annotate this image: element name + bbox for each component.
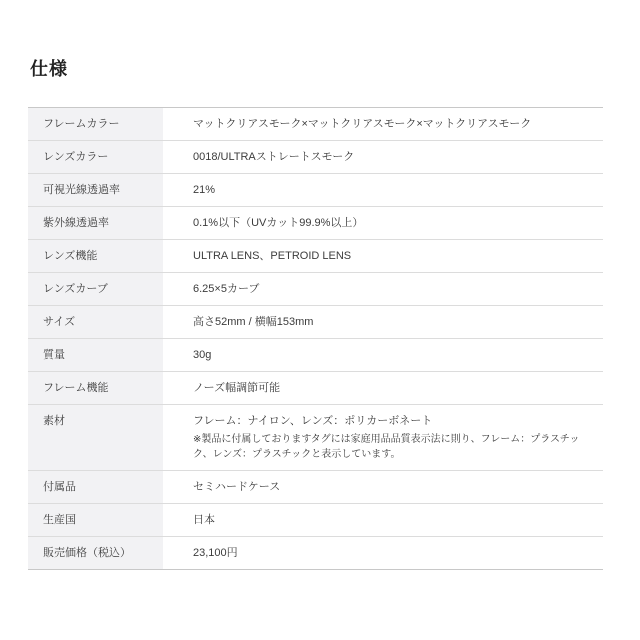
page-title: 仕様 (30, 58, 606, 81)
spec-label: 販売価格（税込） (28, 537, 163, 569)
spec-row: 付属品 セミハードケース (28, 470, 603, 503)
spec-value: 23,100円 (163, 537, 603, 569)
spec-value-text: 30g (193, 347, 595, 363)
spec-label: 生産国 (28, 504, 163, 536)
spec-value: ULTRA LENS、PETROID LENS (163, 240, 603, 272)
spec-value-text: 21% (193, 182, 595, 198)
spec-row: レンズ機能 ULTRA LENS、PETROID LENS (28, 239, 603, 272)
spec-value: 30g (163, 339, 603, 371)
spec-value: 0.1%以下（UVカット99.9%以上） (163, 207, 603, 239)
spec-value-text: 23,100円 (193, 545, 595, 561)
spec-table: フレームカラー マットクリアスモーク×マットクリアスモーク×マットクリアスモーク… (28, 107, 603, 570)
spec-row: 販売価格（税込） 23,100円 (28, 536, 603, 569)
spec-value: マットクリアスモーク×マットクリアスモーク×マットクリアスモーク (163, 108, 603, 140)
spec-value: 日本 (163, 504, 603, 536)
spec-row: 可視光線透過率 21% (28, 173, 603, 206)
spec-value-text: 0018/ULTRAストレートスモーク (193, 149, 595, 165)
spec-label: 質量 (28, 339, 163, 371)
spec-value-text: マットクリアスモーク×マットクリアスモーク×マットクリアスモーク (193, 116, 595, 132)
spec-label: サイズ (28, 306, 163, 338)
spec-label: 可視光線透過率 (28, 174, 163, 206)
spec-row: サイズ 高さ52mm / 横幅153mm (28, 305, 603, 338)
spec-value: ノーズ幅調節可能 (163, 372, 603, 404)
spec-row: レンズカーブ 6.25×5カーブ (28, 272, 603, 305)
spec-row: 質量 30g (28, 338, 603, 371)
spec-label: 付属品 (28, 471, 163, 503)
spec-value-text: 0.1%以下（UVカット99.9%以上） (193, 215, 595, 231)
spec-value-text: 6.25×5カーブ (193, 281, 595, 297)
spec-label: フレームカラー (28, 108, 163, 140)
spec-label: レンズカラー (28, 141, 163, 173)
spec-section: 仕様 フレームカラー マットクリアスモーク×マットクリアスモーク×マットクリアス… (28, 58, 606, 570)
spec-label: フレーム機能 (28, 372, 163, 404)
spec-row: レンズカラー 0018/ULTRAストレートスモーク (28, 140, 603, 173)
spec-row: 生産国 日本 (28, 503, 603, 536)
spec-value-text: フレーム：ナイロン、レンズ：ポリカーボネート (193, 413, 595, 429)
spec-row: フレームカラー マットクリアスモーク×マットクリアスモーク×マットクリアスモーク (28, 108, 603, 140)
spec-note: ※製品に付属しておりますタグには家庭用品品質表示法に則り、フレーム：プラスチック… (193, 432, 595, 462)
spec-value: 高さ52mm / 横幅153mm (163, 306, 603, 338)
spec-value-text: 日本 (193, 512, 595, 528)
spec-value: 6.25×5カーブ (163, 273, 603, 305)
spec-label: 紫外線透過率 (28, 207, 163, 239)
spec-row: フレーム機能 ノーズ幅調節可能 (28, 371, 603, 404)
spec-row: 素材 フレーム：ナイロン、レンズ：ポリカーボネート ※製品に付属しておりますタグ… (28, 404, 603, 470)
spec-value-text: ULTRA LENS、PETROID LENS (193, 248, 595, 264)
spec-value: 21% (163, 174, 603, 206)
spec-value-text: 高さ52mm / 横幅153mm (193, 314, 595, 330)
spec-label: レンズ機能 (28, 240, 163, 272)
spec-label: レンズカーブ (28, 273, 163, 305)
spec-value: フレーム：ナイロン、レンズ：ポリカーボネート ※製品に付属しておりますタグには家… (163, 405, 603, 470)
product-spec-page: 仕様 フレームカラー マットクリアスモーク×マットクリアスモーク×マットクリアス… (0, 0, 640, 640)
spec-value-text: ノーズ幅調節可能 (193, 380, 595, 396)
spec-value-text: セミハードケース (193, 479, 595, 495)
spec-label: 素材 (28, 405, 163, 470)
spec-value: 0018/ULTRAストレートスモーク (163, 141, 603, 173)
spec-value: セミハードケース (163, 471, 603, 503)
spec-row: 紫外線透過率 0.1%以下（UVカット99.9%以上） (28, 206, 603, 239)
